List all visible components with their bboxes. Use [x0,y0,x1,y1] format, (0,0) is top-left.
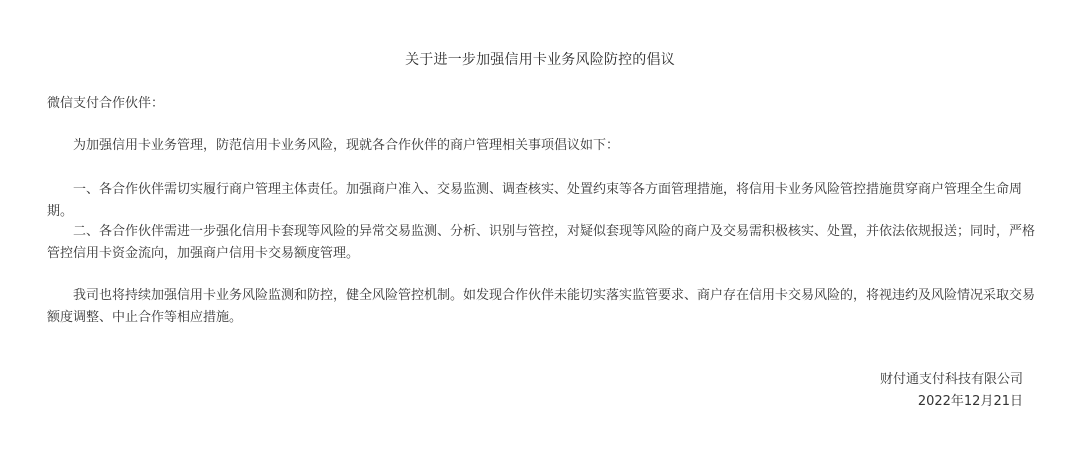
signature-date: 2022年12月21日 [880,391,1023,413]
paragraph-item-2: 二、各合作伙伴需进一步强化信用卡套现等风险的异常交易监测、分析、识别与管控，对疑… [47,221,1037,265]
paragraph-item-1: 一、各合作伙伴需切实履行商户管理主体责任。加强商户准入、交易监测、调查核实、处置… [47,179,1037,223]
paragraph-intro: 为加强信用卡业务管理，防范信用卡业务风险，现就各合作伙伴的商户管理相关事项倡议如… [47,135,1037,157]
document-title: 关于进一步加强信用卡业务风险防控的倡议 [0,50,1080,70]
paragraph-closing: 我司也将持续加强信用卡业务风险监测和防控，健全风险管控机制。如发现合作伙伴未能切… [47,285,1037,329]
salutation: 微信支付合作伙伴： [47,94,164,114]
signature-block: 财付通支付科技有限公司 2022年12月21日 [880,369,1023,413]
signature-company: 财付通支付科技有限公司 [880,369,1023,391]
